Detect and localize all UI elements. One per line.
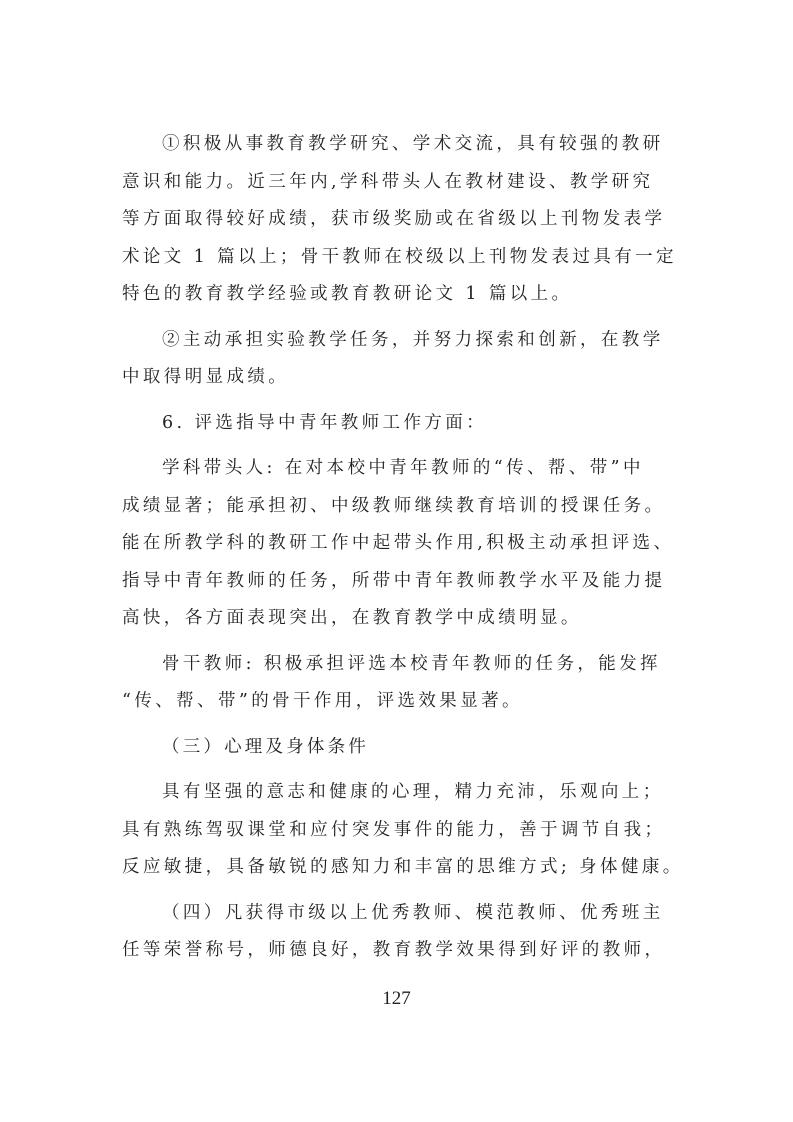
text-line: 特色的教育教学经验或教育教研论文 1 篇以上。 — [122, 276, 674, 314]
text-line: 骨干教师: 积极承担评选本校青年教师的任务，能发挥 — [122, 646, 674, 684]
paragraph-research-1: ①积极从事教育教学研究、学术交流，具有较强的教研 意识和能力。近三年内,学科带头… — [122, 126, 674, 314]
section-item-6-title: 6. 评选指导中青年教师工作方面： — [122, 405, 674, 443]
text-line: 等方面取得较好成绩，获市级奖励或在省级以上刊物发表学 — [122, 201, 674, 239]
text-line: 具有坚强的意志和健康的心理，精力充沛，乐观向上； — [122, 774, 674, 812]
text-line: 意识和能力。近三年内,学科带头人在教材建设、教学研究 — [122, 164, 674, 202]
text-line: 6. 评选指导中青年教师工作方面： — [122, 405, 674, 443]
section-heading: （三）心理及身体条件 — [122, 729, 674, 767]
document-page: ①积极从事教育教学研究、学术交流，具有较强的教研 意识和能力。近三年内,学科带头… — [0, 0, 793, 1122]
page-number: 127 — [0, 988, 793, 1010]
paragraph-subject-leader: 学科带头人: 在对本校中青年教师的“传、帮、带”中 成绩显著；能承担初、中级教师… — [122, 450, 674, 638]
text-line: 反应敏捷，具备敏锐的感知力和丰富的思维方式; 身体健康。 — [122, 849, 674, 887]
text-line: ②主动承担实验教学任务，并努力探索和创新，在教学 — [122, 322, 674, 360]
text-line: 高快，各方面表现突出，在教育教学中成绩明显。 — [122, 600, 674, 638]
text-line: 指导中青年教师的任务，所带中青年教师教学水平及能力提 — [122, 563, 674, 601]
paragraph-section-4: （四）凡获得市级以上优秀教师、模范教师、优秀班主 任等荣誉称号，师德良好，教育教… — [122, 895, 674, 970]
paragraph-research-2: ②主动承担实验教学任务，并努力探索和创新，在教学 中取得明显成绩。 — [122, 322, 674, 397]
text-line: 中取得明显成绩。 — [122, 359, 674, 397]
text-line: （四）凡获得市级以上优秀教师、模范教师、优秀班主 — [122, 895, 674, 933]
text-line: 术论文 1 篇以上；骨干教师在校级以上刊物发表过具有一定 — [122, 239, 674, 277]
paragraph-psychological: 具有坚强的意志和健康的心理，精力充沛，乐观向上； 具有熟练驾驭课堂和应付突发事件… — [122, 774, 674, 887]
text-line: ①积极从事教育教学研究、学术交流，具有较强的教研 — [122, 126, 674, 164]
text-line: 任等荣誉称号，师德良好，教育教学效果得到好评的教师， — [122, 932, 674, 970]
section-heading-3: （三）心理及身体条件 — [122, 729, 674, 767]
paragraph-backbone-teacher: 骨干教师: 积极承担评选本校青年教师的任务，能发挥 “传、帮、带”的骨干作用，评… — [122, 646, 674, 721]
text-line: 成绩显著；能承担初、中级教师继续教育培训的授课任务。 — [122, 488, 674, 526]
text-line: 具有熟练驾驭课堂和应付突发事件的能力，善于调节自我； — [122, 812, 674, 850]
text-line: 学科带头人: 在对本校中青年教师的“传、帮、带”中 — [122, 450, 674, 488]
text-line: 能在所教学科的教研工作中起带头作用,积极主动承担评选、 — [122, 525, 674, 563]
text-line: “传、帮、带”的骨干作用，评选效果显著。 — [122, 683, 674, 721]
page-body: ①积极从事教育教学研究、学术交流，具有较强的教研 意识和能力。近三年内,学科带头… — [122, 126, 674, 978]
